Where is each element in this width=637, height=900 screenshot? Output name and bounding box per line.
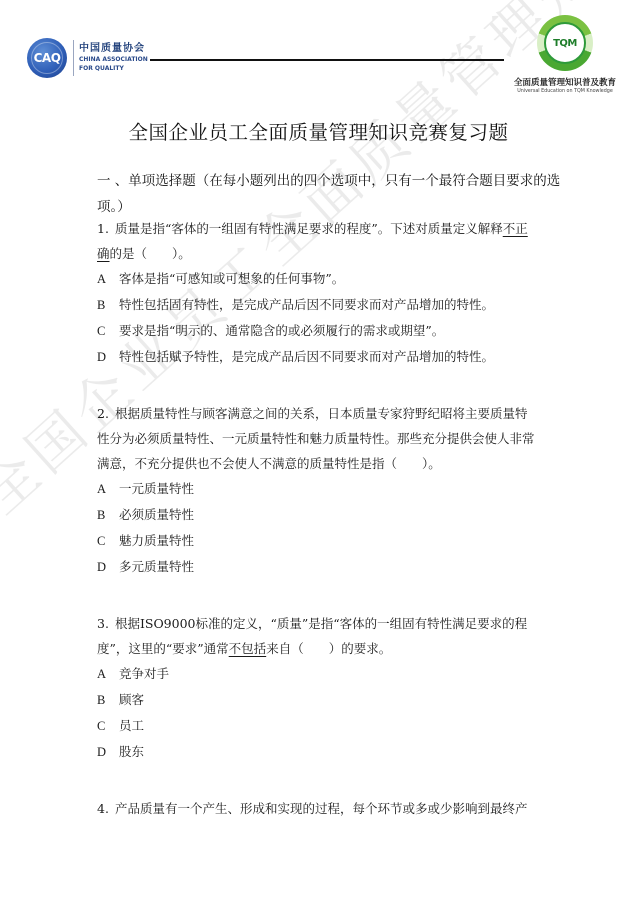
option-a: A客体是指“可感知或可想象的任何事物”。 [97, 266, 545, 292]
option-c: C魅力质量特性 [97, 528, 545, 554]
header-rule [150, 59, 504, 61]
question-stem-cont: 性分为必须质量特性、一元质量特性和魅力质量特性。那些充分提供会使人非常 [97, 426, 545, 451]
question-2: 2.根据质量特性与顾客满意之间的关系，日本质量专家狩野纪昭将主要质量特 性分为必… [97, 401, 545, 580]
option-letter: D [97, 345, 119, 370]
question-3: 3.根据ISO9000标准的定义，“质量”是指“客体的一组固有特性满足要求的程 … [97, 611, 545, 765]
option-text: 股东 [119, 744, 144, 759]
option-letter: B [97, 688, 119, 713]
tqm-logo: TQM 全面质量管理知识普及教育 Universal Education on … [505, 15, 625, 100]
option-b: B必须质量特性 [97, 502, 545, 528]
question-stem-cont: 确的是（ ）。 [97, 241, 545, 266]
option-d: D特性包括赋予特性，是完成产品后因不同要求而对产品增加的特性。 [97, 344, 545, 370]
option-letter: B [97, 503, 119, 528]
question-1: 1.质量是指“客体的一组固有特性满足要求的程度”。下述对质量定义解释不正 确的是… [97, 216, 545, 370]
caq-text-block: 中国质量协会 CHINA ASSOCIATION FOR QUALITY [79, 43, 148, 72]
emphasis-underline: 确 [97, 246, 110, 261]
option-letter: A [97, 662, 119, 687]
caq-name-en-1: CHINA ASSOCIATION [79, 57, 148, 64]
option-letter: D [97, 740, 119, 765]
question-stem: 2.根据质量特性与顾客满意之间的关系，日本质量专家狩野纪昭将主要质量特 [97, 401, 545, 426]
option-a: A竞争对手 [97, 661, 545, 687]
option-text: 一元质量特性 [119, 481, 194, 496]
option-letter: D [97, 555, 119, 580]
stem-text: 来自（ ）的要求。 [266, 641, 391, 656]
option-letter: A [97, 477, 119, 502]
option-text: 多元质量特性 [119, 559, 194, 574]
question-stem: 4.产品质量有一个产生、形成和实现的过程，每个环节或多或少影响到最终产 [97, 796, 545, 821]
caq-name-cn: 中国质量协会 [79, 43, 148, 54]
stem-text: 的是（ ）。 [110, 246, 191, 261]
question-number: 4. [97, 801, 109, 816]
section-heading-line1: 一 、单项选择题（在每小题列出的四个选项中，只有一个最符合题目要求的选 [97, 168, 557, 194]
option-d: D股东 [97, 739, 545, 765]
stem-text: 根据质量特性与顾客满意之间的关系，日本质量专家狩野纪昭将主要质量特 [115, 406, 528, 421]
option-b: B特性包括固有特性，是完成产品后因不同要求而对产品增加的特性。 [97, 292, 545, 318]
option-text: 客体是指“可感知或可想象的任何事物”。 [119, 271, 344, 286]
stem-text: 产品质量有一个产生、形成和实现的过程，每个环节或多或少影响到最终产 [115, 801, 528, 816]
option-text: 竞争对手 [119, 666, 169, 681]
tqm-globe-icon: TQM [537, 15, 593, 71]
question-number: 3. [97, 616, 109, 631]
question-stem: 1.质量是指“客体的一组固有特性满足要求的程度”。下述对质量定义解释不正 [97, 216, 545, 241]
option-b: B顾客 [97, 687, 545, 713]
question-stem: 3.根据ISO9000标准的定义，“质量”是指“客体的一组固有特性满足要求的程 [97, 611, 545, 636]
caq-logo: CAQ 中国质量协会 CHINA ASSOCIATION FOR QUALITY [27, 37, 177, 79]
option-c: C员工 [97, 713, 545, 739]
caq-name-en-2: FOR QUALITY [79, 66, 148, 73]
option-text: 要求是指“明示的、通常隐含的或必须履行的需求或期望”。 [119, 323, 444, 338]
section-heading: 一 、单项选择题（在每小题列出的四个选项中，只有一个最符合题目要求的选 项。） [97, 168, 557, 220]
tqm-name-en: Universal Education on TQM Knowledge [505, 89, 625, 94]
option-text: 特性包括固有特性，是完成产品后因不同要求而对产品增加的特性。 [119, 297, 494, 312]
option-text: 魅力质量特性 [119, 533, 194, 548]
option-letter: B [97, 293, 119, 318]
option-text: 必须质量特性 [119, 507, 194, 522]
logo-divider [73, 40, 74, 76]
question-number: 2. [97, 406, 109, 421]
option-text: 特性包括赋予特性，是完成产品后因不同要求而对产品增加的特性。 [119, 349, 494, 364]
tqm-abbr: TQM [553, 38, 577, 49]
option-letter: C [97, 529, 119, 554]
question-stem-cont: 满意，不充分提供也不会使人不满意的质量特性是指（ ）。 [97, 451, 545, 476]
option-text: 顾客 [119, 692, 144, 707]
emphasis-underline: 不正 [503, 221, 528, 236]
stem-text: 质量是指“客体的一组固有特性满足要求的程度”。下述对质量定义解释 [115, 221, 503, 236]
tqm-name-cn: 全面质量管理知识普及教育 [505, 76, 625, 88]
question-stem-cont: 度”，这里的“要求”通常不包括来自（ ）的要求。 [97, 636, 545, 661]
question-number: 1. [97, 221, 109, 236]
option-c: C要求是指“明示的、通常隐含的或必须履行的需求或期望”。 [97, 318, 545, 344]
stem-text: 根据ISO9000标准的定义，“质量”是指“客体的一组固有特性满足要求的程 [115, 616, 527, 631]
option-text: 员工 [119, 718, 144, 733]
emphasis-underline: 不包括 [229, 641, 267, 656]
caq-globe-icon: CAQ [27, 38, 67, 78]
option-letter: A [97, 267, 119, 292]
stem-text: 度”，这里的“要求”通常 [97, 641, 229, 656]
question-4: 4.产品质量有一个产生、形成和实现的过程，每个环节或多或少影响到最终产 [97, 796, 545, 821]
option-a: A一元质量特性 [97, 476, 545, 502]
page-title: 全国企业员工全面质量管理知识竞赛复习题 [0, 117, 637, 145]
option-letter: C [97, 319, 119, 344]
option-d: D多元质量特性 [97, 554, 545, 580]
tqm-badge: TQM [544, 22, 586, 64]
option-letter: C [97, 714, 119, 739]
caq-abbr: CAQ [34, 51, 61, 65]
